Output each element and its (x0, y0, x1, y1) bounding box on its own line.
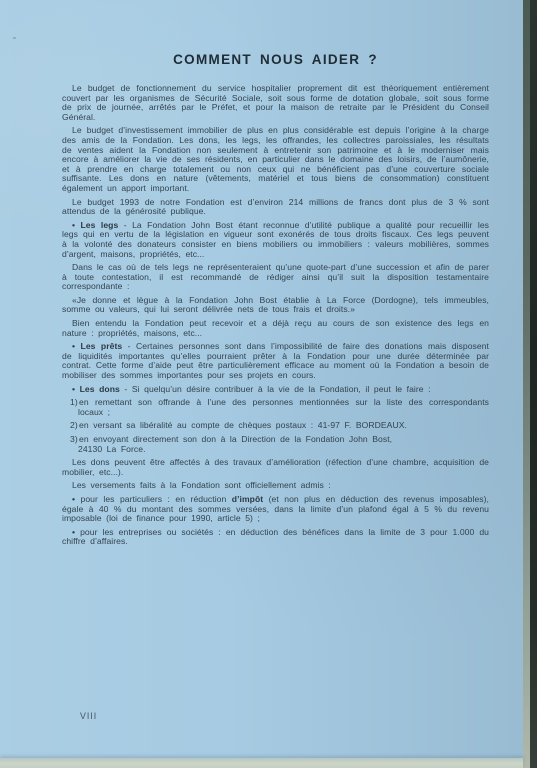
numbered-item-2: 2)en versant sa libéralité au compte de … (62, 421, 489, 431)
scanned-document-page: COMMENT NOUS AIDER ? Le budget de foncti… (0, 0, 537, 768)
paragraph-dons-affectes: Les dons peuvent être affectés à des tra… (62, 458, 489, 477)
paragraph-quote-part: Dans le cas où de tels legs ne représent… (62, 263, 489, 292)
scan-edge-inner (523, 0, 530, 768)
bullet-icon: • (72, 494, 81, 504)
item-text: en envoyant directement son don à la Dir… (79, 434, 392, 444)
bullet-text: pour les entreprises ou sociétés : en dé… (62, 527, 489, 547)
bullet-text: - Si quelqu’un désire contribuer à la vi… (120, 384, 431, 394)
scan-edge-bottom (0, 758, 523, 768)
item-text: en versant sa libéralité au compte de ch… (79, 420, 407, 430)
paragraph-budget-fonctionnement: Le budget de fonctionnement du service h… (62, 84, 489, 122)
bullet-text: - La Fondation John Bost étant reconnue … (62, 220, 489, 259)
bullet-les-dons: • Les dons - Si quelqu’un désire contrib… (62, 385, 489, 395)
bullet-les-legs: • Les legs - La Fondation John Bost étan… (62, 221, 489, 259)
bullet-text-bold: d’impôt (232, 494, 263, 504)
item-text-line2: 24130 La Force. (78, 445, 489, 455)
bullet-icon: • (72, 341, 81, 351)
bullet-les-prets: • Les prêts - Certaines personnes sont d… (62, 342, 489, 380)
numbered-item-3: 3)en envoyant directement son don à la D… (62, 435, 489, 454)
scan-edge-right (530, 0, 537, 768)
scan-speck (13, 37, 16, 39)
paragraph-budget-1993: Le budget 1993 de notre Fondation est d’… (62, 198, 489, 217)
bullet-label: Les dons (80, 384, 120, 394)
bullet-entreprises: • pour les entreprises ou sociétés : en … (62, 528, 489, 547)
page-number: VIII (80, 711, 97, 721)
paragraph-bien-entendu: Bien entendu la Fondation peut recevoir … (62, 319, 489, 338)
bullet-label: Les legs (81, 220, 119, 230)
bullet-label: Les prêts (81, 341, 123, 351)
page-title: COMMENT NOUS AIDER ? (62, 52, 489, 67)
bullet-text-pre: pour les particuliers : en réduction (81, 494, 232, 504)
paragraph-citation-testamentaire: «Je donne et lègue à la Fondation John B… (62, 296, 489, 315)
bullet-icon: • (72, 384, 80, 394)
bullet-text: - Certaines personnes sont dans l’imposs… (62, 341, 489, 380)
paragraph-budget-investissement: Le budget d’investissement immobilier de… (62, 126, 489, 193)
bullet-icon: • (72, 220, 81, 230)
bullet-particuliers: • pour les particuliers : en réduction d… (62, 495, 489, 524)
text-column: COMMENT NOUS AIDER ? Le budget de foncti… (62, 52, 489, 551)
item-marker: 2) (70, 421, 79, 431)
numbered-item-1: 1)en remettant son offrande à l’une des … (62, 398, 489, 417)
item-text: en remettant son offrande à l’une des pe… (78, 397, 489, 417)
bullet-icon: • (72, 527, 80, 537)
paragraph-versements-admis: Les versements faits à la Fondation sont… (62, 481, 489, 491)
